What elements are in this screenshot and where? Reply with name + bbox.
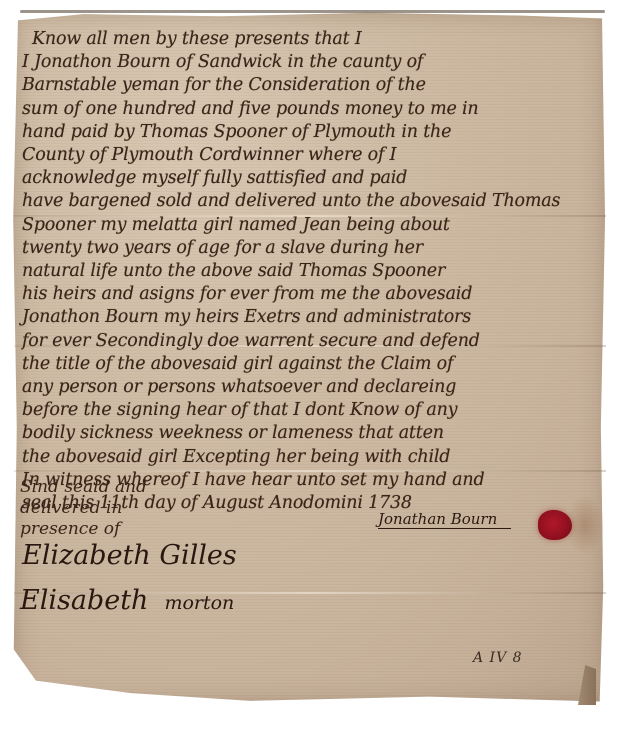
attestation-clause: Sind seald and delivered in presence of	[20, 477, 147, 540]
witness-signature: Elizabeth Gilles	[22, 540, 237, 571]
attestation-line: presence of	[20, 519, 147, 540]
deed-line: his heirs and asigns for ever from me th…	[22, 283, 602, 306]
deed-line: Know all men by these presents that I	[22, 28, 602, 51]
archive-mark: A IV 8	[473, 650, 523, 666]
wax-seal-icon	[538, 510, 572, 540]
deed-line: twenty two years of age for a slave duri…	[22, 237, 602, 260]
witness-first-name: Elisabeth	[20, 585, 148, 616]
deed-line: Barnstable yeman for the Consideration o…	[22, 74, 602, 97]
deed-line: acknowledge myself fully sattisfied and …	[22, 167, 602, 190]
deed-line: sum of one hundred and five pounds money…	[22, 98, 602, 121]
attestation-line: Sind seald and	[20, 477, 147, 498]
deed-line: before the signing hear of that I dont K…	[22, 399, 602, 422]
deed-line: any person or persons whatsoever and dec…	[22, 376, 602, 399]
paper-top-edge	[20, 10, 605, 13]
deed-line: I Jonathon Bourn of Sandwick in the caun…	[22, 51, 602, 74]
deed-line: have bargened sold and delivered unto th…	[22, 190, 602, 213]
deed-line: Jonathon Bourn my heirs Exetrs and admin…	[22, 306, 602, 329]
witness-surname: morton	[164, 592, 234, 614]
deed-line: for ever Secondingly doe warrent secure …	[22, 330, 602, 353]
deed-body: Know all men by these presents that I I …	[22, 28, 602, 515]
deed-line: Spooner my melatta girl named Jean being…	[22, 214, 602, 237]
deed-line: County of Plymouth Cordwinner where of I	[22, 144, 602, 167]
deed-line: the abovesaid girl Excepting her being w…	[22, 446, 602, 469]
deed-line: the title of the abovesaid girl against …	[22, 353, 602, 376]
witness-name: Elizabeth Gilles	[22, 540, 237, 571]
attestation-line: delivered in	[20, 498, 147, 519]
deed-line: bodily sickness weekness or lameness tha…	[22, 422, 602, 445]
signer-signature: Jonathan Bourn	[378, 510, 511, 529]
witness-signature: Elisabethmorton	[20, 585, 234, 616]
deed-line: hand paid by Thomas Spooner of Plymouth …	[22, 121, 602, 144]
deed-line: natural life unto the above said Thomas …	[22, 260, 602, 283]
